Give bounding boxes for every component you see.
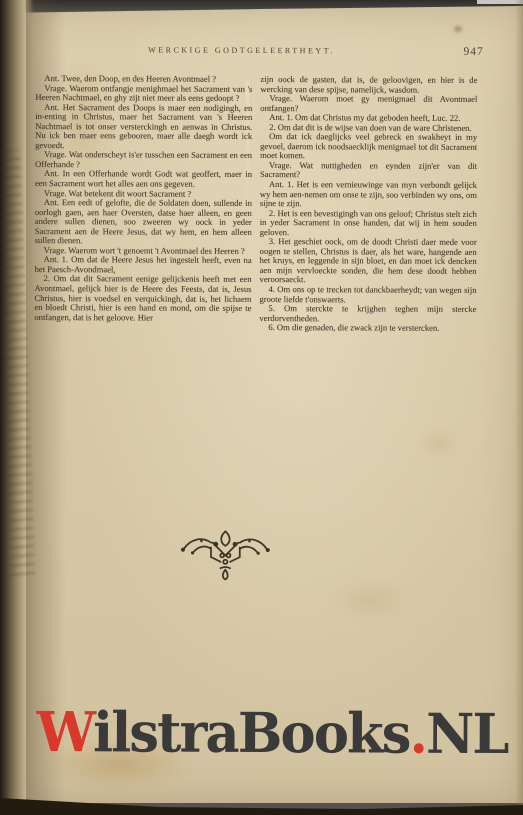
paragraph: 4. Om ons op te trecken tot danckbaerhey… [259, 285, 476, 305]
fleuron-ornament-icon [177, 523, 273, 585]
paragraph: 3. Het geschiet oock, om de doodt Christ… [260, 237, 477, 286]
paragraph: 6. Om die genaden, die zwack zijn te ver… [259, 323, 476, 333]
paragraph: Vrage. Wat nuttigheden en eynden zijn'er… [260, 161, 477, 181]
paragraph: Ant. In een Offerhande wordt Godt wat ge… [35, 169, 252, 189]
watermark-segment: NL [426, 701, 508, 766]
printed-page-content: WERCKIGE GODTGELEERTHEYT. 947 Ant. Twee,… [0, 0, 523, 815]
two-column-text-block: Ant. Twee, den Doop, en des Heeren Avont… [34, 74, 477, 334]
paragraph: Vrage. Waerom ontfangje menighmael het S… [35, 84, 252, 104]
paragraph: Ant. Een eedt of gelofte, die de Soldate… [35, 198, 252, 247]
paragraph: 2. Het is een bevestigingh van ons geloo… [260, 209, 477, 239]
watermark-wilstrabooks: WilstraBooks.NL [36, 699, 478, 766]
watermark-segment: . [409, 701, 426, 766]
paragraph: zijn oock de gasten, dat is, de geloovig… [260, 75, 477, 95]
paragraph: Vrage. Waerom moet gy menigmael dit Avon… [260, 94, 477, 114]
watermark-segment: ilstraBooks [93, 699, 410, 765]
book-page-photo: WERCKIGE GODTGELEERTHEYT. 947 Ant. Twee,… [0, 0, 523, 815]
paragraph: 5. Om sterckte te krijghen teghen mijn s… [259, 304, 476, 324]
text-column-right: zijn oock de gasten, dat is, de geloovig… [259, 75, 477, 334]
paragraph: Om dat ick daeglijcks veel gebreck en sw… [260, 132, 477, 162]
page-number: 947 [464, 46, 484, 58]
paragraph: Ant. Het Sacrament des Doops is maer een… [35, 103, 252, 152]
paragraph: Ant. 1. Het is een vernieuwinge van myn … [260, 180, 477, 210]
running-header-title: WERCKIGE GODTGELEERTHEYT. [112, 45, 372, 55]
watermark-segment: W [36, 699, 93, 764]
paragraph: Vrage. Wat onderscheyt is'er tusschen ee… [35, 150, 252, 170]
paragraph: Ant. 1. Om dat de Heere Jesus het ingest… [35, 255, 252, 275]
text-column-left: Ant. Twee, den Doop, en des Heeren Avont… [34, 74, 252, 333]
paragraph: 2. Om dat dit Sacrament eenige gelijcken… [34, 274, 251, 323]
